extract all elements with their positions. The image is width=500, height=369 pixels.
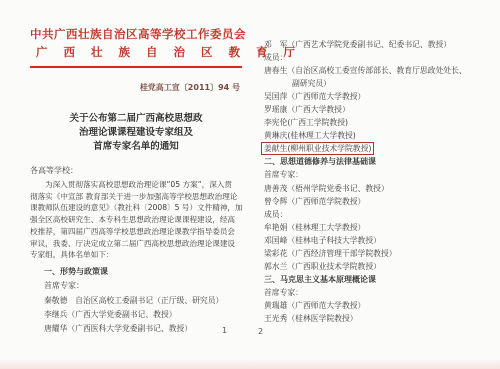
- document-title-line-2: 治理论课课程建设专家组及: [30, 126, 242, 140]
- expert-name-line: 吴国萍（广西师范大学教授）: [264, 90, 486, 103]
- body-text-line: 审议，我委、厅决定成立第二届广西高校思想政治理论课建设: [30, 238, 242, 250]
- body-text-line: 校推荐，第四届广西高等学校思想政治理论课教学指导委员会: [30, 226, 242, 238]
- scan-artifact: [0, 360, 500, 369]
- expert-name-line: 李宪伦(广西工学院教授): [264, 116, 486, 129]
- expert-name-continuation: 副研究员）: [264, 77, 486, 90]
- expert-name-line: 梁彩花（广西经济管理干部学院教授）: [264, 247, 486, 260]
- chief-expert-label: 首席专家：: [264, 286, 486, 299]
- chief-expert-label: 首席专家：: [264, 168, 486, 181]
- body-text-line: 彻落实《中宣部 教育部关于进一步加强高等学校思想政治理论: [30, 191, 242, 203]
- body-paragraph: 为深入贯彻落实高校思想政治理论课“05 方案”，深入贯 彻落实《中宣部 教育部关…: [30, 179, 242, 261]
- page-number-2: 2: [258, 327, 263, 336]
- section-1-block: 一、形势与政策课 首席专家： 秦敬德 自治区高校工委副书记（正厅级、研究员） 李…: [44, 265, 242, 336]
- right-page: 邓 军（广西艺术学院党委副书记、纪委书记、教授） 成员： 唐春生（自治区高校工委…: [264, 38, 486, 325]
- expert-name-line: 秦敬德 自治区高校工委副书记（正厅级、研究员）: [44, 294, 242, 308]
- expert-name-line: 唐善茂（梧州学院党委书记、教授）: [264, 182, 486, 195]
- scanned-document-page: 中共广西壮族自治区高等学校工作委员会 广 西 壮 族 自 治 区 教 育 厅 桂…: [0, 0, 500, 369]
- members-label: 成员：: [264, 208, 486, 221]
- expert-name-line: 黄琳庆(桂林理工大学教授): [264, 129, 486, 142]
- section-1-heading: 一、形势与政策课: [44, 265, 242, 279]
- salutation: 各高等学校：: [30, 165, 242, 176]
- expert-name-line: 李继兵（广西大学党委副书记、教授）: [44, 308, 242, 322]
- section-3-heading: 三、马克思主义基本原理概论课: [264, 273, 486, 286]
- expert-name-line: 曾令辉（广西师范学院教授）: [264, 195, 486, 208]
- highlighted-expert-line: 姜献生(柳州职业技术学院教授): [264, 142, 486, 155]
- section-2-heading: 二、思想道德修养与法律基础课: [264, 155, 486, 168]
- body-text-line: 为深入贯彻落实高校思想政治理论课“05 方案”，深入贯: [30, 179, 242, 191]
- header-divider-rule: [30, 66, 242, 68]
- expert-name-line: 郭水兰（广西职业技术学院教授）: [264, 260, 486, 273]
- chief-expert-label: 首席专家：: [44, 279, 242, 293]
- body-text-line: 课教师队伍建设的意见》（教社科〔2008〕5 号）文件精神，加: [30, 202, 242, 214]
- body-text-line: 专家组，具体名单如下：: [30, 249, 242, 261]
- members-label: 成员：: [264, 51, 486, 64]
- document-title-line-3: 首席专家名单的通知: [30, 140, 242, 154]
- red-highlight-box: 姜献生(柳州职业技术学院教授): [261, 142, 374, 155]
- expert-name-line: 王光秀（桂林医学院教授）: [264, 312, 486, 325]
- issuing-org-line1: 中共广西壮族自治区高等学校工作委员会: [30, 28, 242, 41]
- left-page: 中共广西壮族自治区高等学校工作委员会 广 西 壮 族 自 治 区 教 育 厅 桂…: [30, 28, 242, 336]
- document-title-line-1: 关于公布第二届广西高校思想政: [30, 112, 242, 126]
- expert-name-line: 黄瑞雄（广西师范大学教授）: [264, 299, 486, 312]
- document-title: 关于公布第二届广西高校思想政 治理论课课程建设专家组及 首席专家名单的通知: [30, 112, 242, 154]
- expert-name-line: 邓 军（广西艺术学院党委副书记、纪委书记、教授）: [264, 38, 486, 51]
- issuing-org-line2: 广 西 壮 族 自 治 区 教 育 厅: [30, 46, 242, 59]
- expert-name-line: 邓国峰（桂林电子科技大学教授）: [264, 234, 486, 247]
- expert-name-line: 牟艳娟（桂林理工大学教授）: [264, 221, 486, 234]
- expert-name-line: 罗瑶康（广西大学教授）: [264, 103, 486, 116]
- expert-name-line: 姜献生(柳州职业技术学院教授): [264, 144, 371, 153]
- body-text-line: 强全区高校研究生、本专科生思想政治理论课课程建设，经高: [30, 214, 242, 226]
- document-number: 桂党高工宣〔2011〕94 号: [30, 82, 242, 93]
- expert-name-line: 唐春生（自治区高校工委宣传部部长、教育厅思政处处长、: [264, 64, 486, 77]
- expert-name-line: 唐耀华（广西医科大学党委副书记、教授）: [44, 322, 242, 336]
- page-number-1: 1: [222, 326, 227, 335]
